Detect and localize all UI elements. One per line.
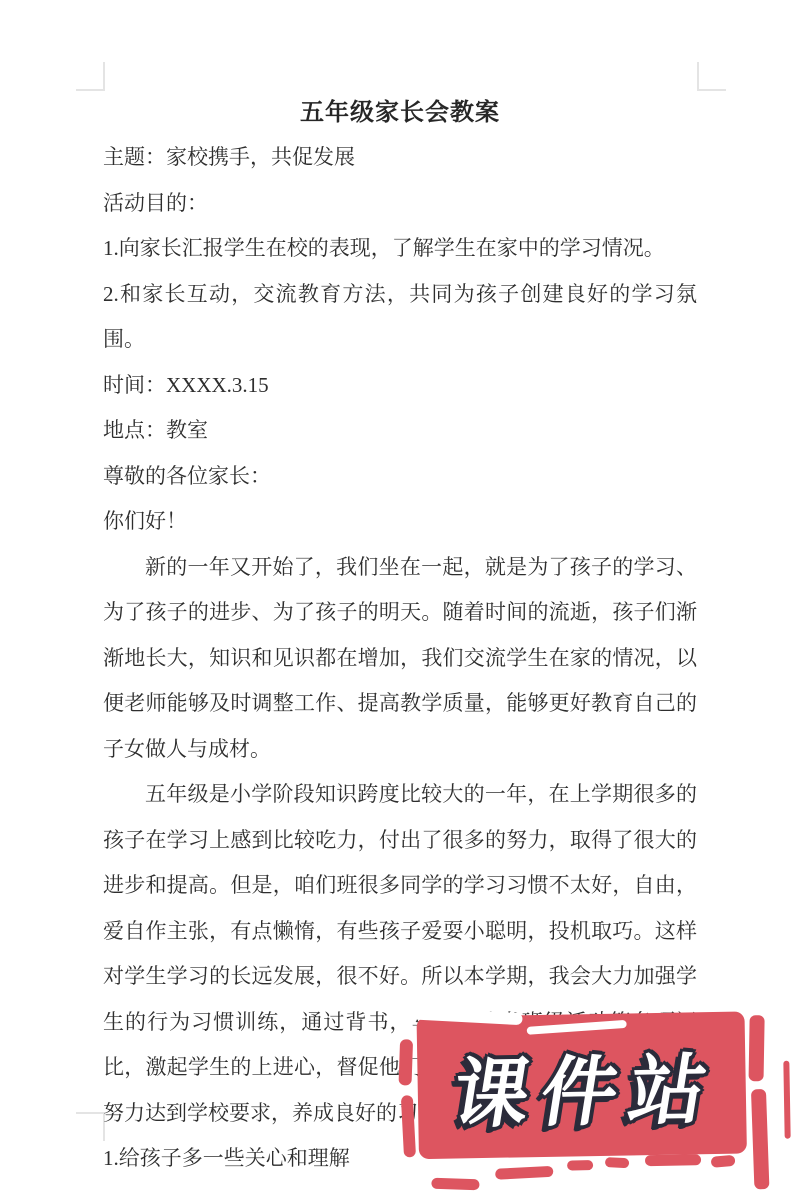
paragraph-salutation: 尊敬的各位家长： — [103, 454, 697, 500]
paragraph-time: 时间：XXXX.3.15 — [103, 363, 697, 409]
paragraph-place: 地点：教室 — [103, 408, 697, 454]
watermark-stamp: 课件站 — [396, 1003, 799, 1200]
margin-crop-mark-bottom-left — [76, 1112, 105, 1141]
stamp-border-stroke — [605, 1157, 629, 1168]
document-page: 五年级家长会教案 主题：家校携手，共促发展 活动目的： 1.向家长汇报学生在校的… — [0, 0, 800, 1200]
page-title: 五年级家长会教案 — [103, 89, 697, 135]
paragraph-purpose-1: 1.向家长汇报学生在校的表现，了解学生在家中的学习情况。 — [103, 226, 697, 272]
stamp-border-stroke — [398, 1039, 413, 1085]
stamp-border-stroke — [711, 1155, 736, 1168]
margin-crop-mark-top-left — [76, 62, 105, 91]
paragraph-purpose-head: 活动目的： — [103, 181, 697, 227]
paragraph-theme: 主题：家校携手，共促发展 — [103, 135, 697, 181]
paragraph-intro: 新的一年又开始了，我们坐在一起，就是为了孩子的学习、为了孩子的进步、为了孩子的明… — [103, 545, 697, 773]
paragraph-greeting: 你们好！ — [103, 499, 697, 545]
paragraph-purpose-2: 2.和家长互动，交流教育方法，共同为孩子创建良好的学习氛围。 — [103, 272, 697, 363]
stamp-border-stroke — [567, 1160, 593, 1170]
stamp-border-stroke — [431, 1178, 479, 1191]
margin-crop-mark-top-right — [697, 62, 726, 91]
stamp-border-stroke — [783, 1061, 790, 1139]
stamp-border-stroke — [495, 1166, 553, 1180]
stamp-border-stroke — [751, 1089, 769, 1189]
stamp-border-stroke — [645, 1154, 701, 1166]
watermark-text: 课件站 — [406, 1011, 757, 1159]
